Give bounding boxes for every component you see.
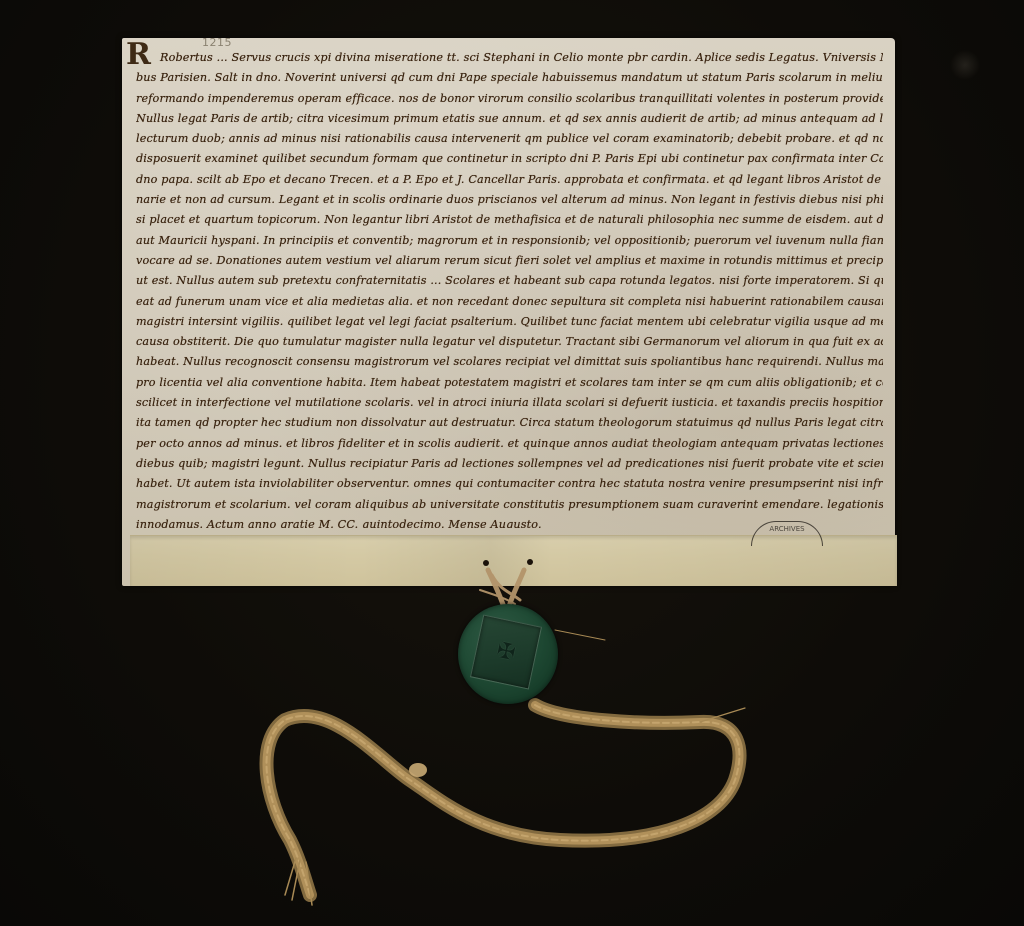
text-line: Robertus ... Servus crucis xpi divina mi… bbox=[136, 48, 883, 68]
cross-emblem-icon: ✠ bbox=[494, 638, 517, 666]
charter-text: Robertus ... Servus crucis xpi divina mi… bbox=[136, 48, 883, 528]
text-line: bus Parisien. Salt in dno. Noverint univ… bbox=[136, 68, 883, 88]
text-line: si placet et quartum topicorum. Non lega… bbox=[136, 210, 883, 230]
text-line: dno papa. scilt ab Epo et decano Trecen.… bbox=[136, 170, 883, 190]
text-line: vocare ad se. Donationes autem vestium v… bbox=[136, 251, 883, 271]
text-line: habet. Ut autem ista inviolabiliter obse… bbox=[136, 474, 883, 494]
seal-impression: ✠ bbox=[470, 614, 542, 689]
text-line: per octo annos ad minus. et libros fidel… bbox=[136, 434, 883, 454]
text-line: Nullus legat Paris de artib; citra vices… bbox=[136, 109, 883, 129]
text-line: ita tamen qd propter hec studium non dis… bbox=[136, 413, 883, 433]
text-line: habeat. Nullus recognoscit consensu magi… bbox=[136, 352, 883, 372]
dust-speck bbox=[950, 50, 980, 80]
wax-seal: ✠ bbox=[458, 604, 558, 704]
text-line: aut Mauricii hyspani. In principiis et c… bbox=[136, 231, 883, 251]
text-line: magistrorum et scolarium. vel coram aliq… bbox=[136, 495, 883, 515]
text-line: disposuerit examinet quilibet secundum f… bbox=[136, 149, 883, 169]
text-line: lecturum duob; annis ad minus nisi ratio… bbox=[136, 129, 883, 149]
text-line: ut est. Nullus autem sub pretextu confra… bbox=[136, 271, 883, 291]
text-line: causa obstiterit. Die quo tumulatur magi… bbox=[136, 332, 883, 352]
text-line: scilicet in interfectione vel mutilation… bbox=[136, 393, 883, 413]
archive-stamp: ARCHIVES bbox=[751, 521, 823, 546]
text-line: diebus quib; magistri legunt. Nullus rec… bbox=[136, 454, 883, 474]
text-line: reformando impenderemus operam efficace.… bbox=[136, 89, 883, 109]
text-line: narie et non ad cursum. Legant et in sco… bbox=[136, 190, 883, 210]
text-line: pro licentia vel alia conventione habita… bbox=[136, 373, 883, 393]
text-line: magistri intersint vigiliis. quilibet le… bbox=[136, 312, 883, 332]
text-line: eat ad funerum unam vice et alia medieta… bbox=[136, 292, 883, 312]
charter-parchment: 1215 R Robertus ... Servus crucis xpi di… bbox=[122, 38, 895, 586]
